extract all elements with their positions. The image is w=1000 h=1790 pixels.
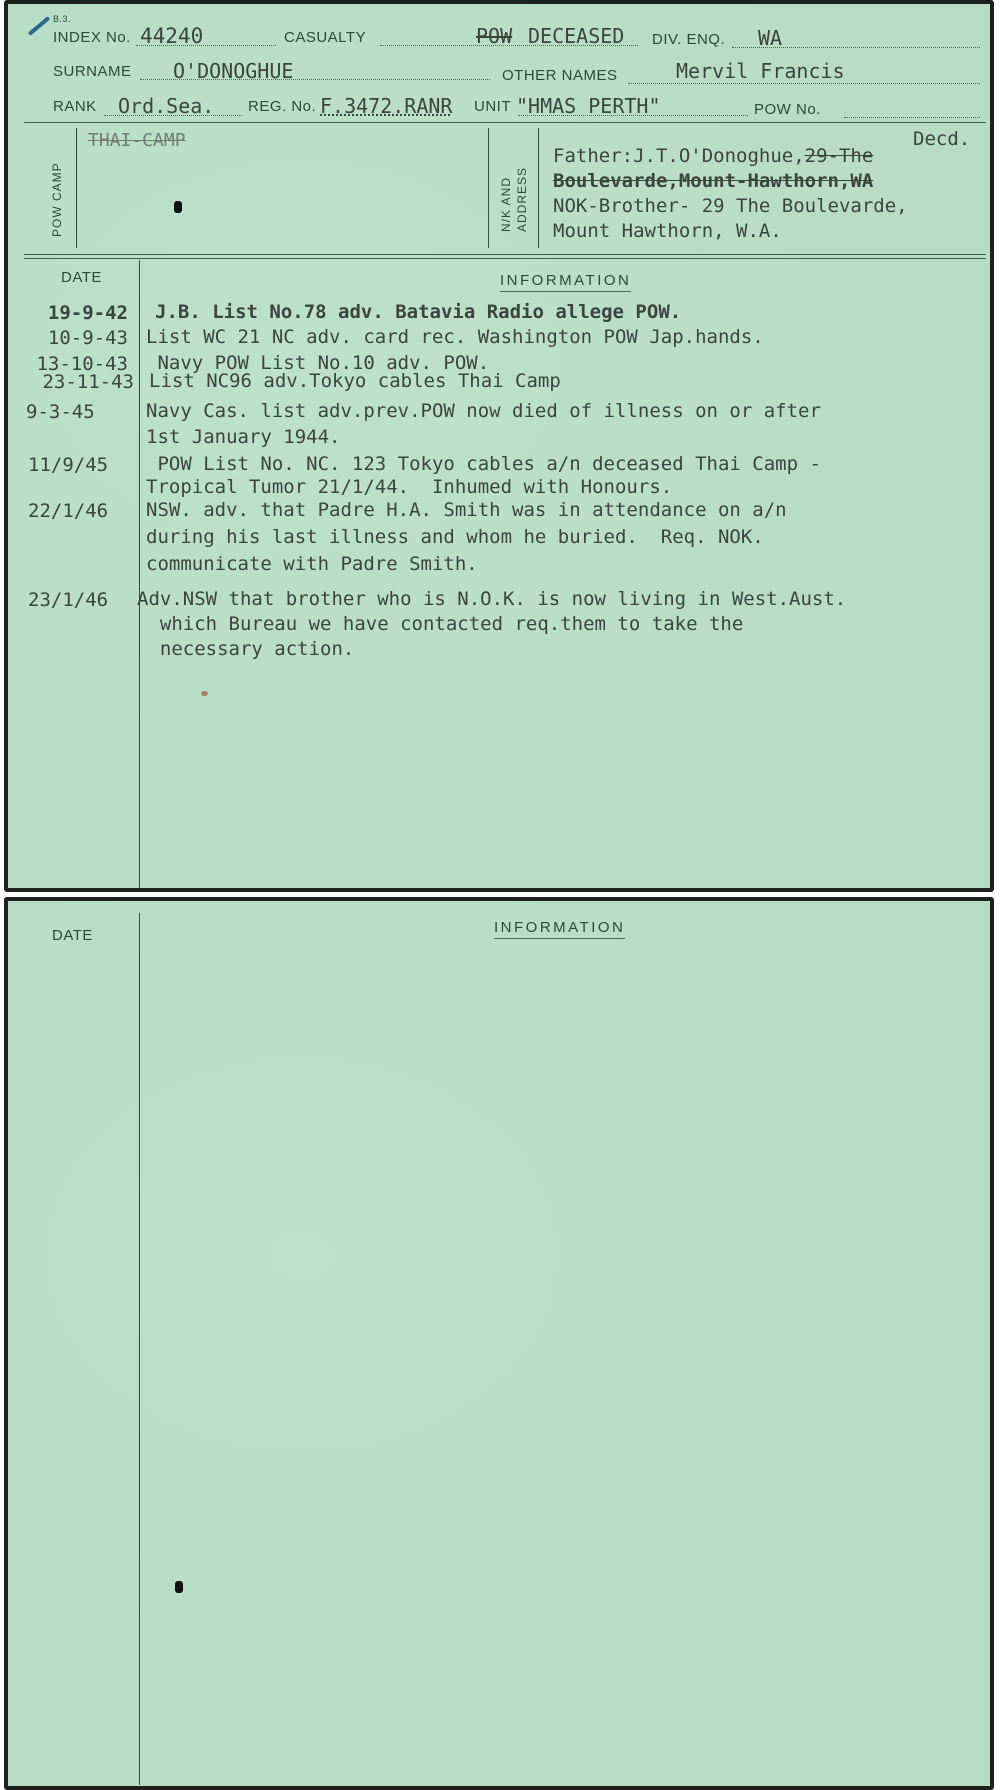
index-number: 44240	[140, 24, 203, 48]
pow-no-label: POW No.	[754, 101, 821, 118]
surname-value: O'DONOGHUE	[173, 59, 293, 83]
rank-value: Ord.Sea.	[118, 94, 214, 118]
row-info: List NC96 adv.Tokyo cables Thai Camp	[149, 369, 561, 394]
nok-annotation: Decd.	[913, 128, 970, 150]
div-enq-label: DIV. ENQ.	[652, 31, 725, 48]
row-info: J.B. List No.78 adv. Batavia Radio alleg…	[155, 300, 681, 325]
row-date: 23/1/46	[28, 589, 108, 611]
casualty-label: CASUALTY	[284, 29, 366, 46]
surname-label: SURNAME	[53, 63, 132, 80]
pow-camp-value: THAI-CAMP	[88, 130, 186, 151]
row-info: Adv.NSW that brother who is N.O.K. is no…	[137, 587, 846, 612]
row-date: 19-9-42	[48, 302, 128, 324]
row-info: POW List No. NC. 123 Tokyo cables a/n de…	[146, 452, 821, 477]
nok-line-1: Father:J.T.O'Donoghue,29-The	[553, 145, 873, 167]
date-header: DATE	[61, 269, 102, 286]
other-names-label: OTHER NAMES	[502, 67, 618, 84]
row-info: Navy Cas. list adv.prev.POW now died of …	[146, 399, 821, 424]
reg-no-label: REG. No.	[248, 98, 316, 115]
nok-line-4: Mount Hawthorn, W.A.	[553, 220, 782, 242]
other-names-value: Mervil Francis	[676, 59, 845, 83]
nok-label-line2: ADDRESS	[515, 167, 529, 232]
index-label: INDEX No.	[53, 29, 131, 46]
pow-camp-label: POW CAMP	[50, 162, 64, 237]
row-info-cont: necessary action.	[137, 637, 354, 662]
unit-label: UNIT	[474, 98, 511, 115]
casualty-struck-value: POW	[476, 24, 512, 48]
row-info-cont: Tropical Tumor 21/1/44. Inhumed with Hon…	[146, 475, 672, 500]
nok-line-2-struck: Boulevarde,Mount-Hawthorn,WA	[553, 170, 873, 192]
div-enq-value: WA	[758, 26, 782, 50]
record-card-front: B.3. INDEX No. 44240 CASUALTY POW DECEAS…	[4, 0, 994, 892]
punch-hole	[175, 1581, 183, 1593]
nok-line-3: NOK-Brother- 29 The Boulevarde,	[553, 195, 908, 217]
casualty-value: DECEASED	[528, 24, 624, 48]
row-info: NSW. adv. that Padre H.A. Smith was in a…	[146, 498, 787, 523]
record-card-back: DATE INFORMATION	[4, 897, 994, 1790]
form-code: B.3.	[53, 14, 71, 24]
date-header: DATE	[52, 927, 93, 944]
row-date: 22/1/46	[28, 500, 108, 522]
row-info-cont: during his last illness and whom he buri…	[146, 525, 764, 550]
row-info-cont: which Bureau we have contacted req.them …	[137, 612, 743, 637]
row-date: 11/9/45	[28, 454, 108, 476]
row-date: 10-9-43	[48, 327, 128, 349]
reg-no-value: F.3472.RANR	[320, 94, 452, 118]
row-info-cont: communicate with Padre Smith.	[146, 552, 478, 577]
rank-label: RANK	[53, 98, 97, 115]
nok-label-line1: N/K AND	[499, 177, 513, 232]
row-info-cont: 1st January 1944.	[146, 425, 340, 450]
row-info: List WC 21 NC adv. card rec. Washington …	[146, 325, 764, 350]
pen-mark	[28, 16, 50, 36]
information-header: INFORMATION	[494, 917, 625, 936]
stain-spot	[201, 691, 208, 696]
row-date: 23-11-43	[42, 371, 134, 393]
row-date: 9-3-45	[26, 401, 95, 423]
information-header: INFORMATION	[500, 270, 631, 289]
unit-value: "HMAS PERTH"	[516, 94, 661, 118]
punch-hole	[174, 201, 182, 213]
